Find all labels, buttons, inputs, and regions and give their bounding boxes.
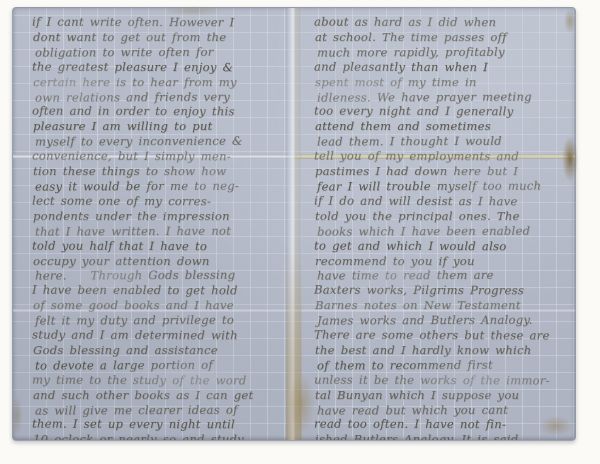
handwriting-line: that I have written. I have not — [35, 223, 287, 239]
handwriting-line: lead them. I thought I would — [317, 134, 571, 150]
handwriting-line: as will give me clearer ideas of — [35, 402, 287, 418]
handwriting-line: Barnes notes on New Testament — [315, 298, 569, 313]
letter-sheet: if I cant write often. However Idont wan… — [12, 7, 576, 441]
handwriting-line: recommend to you if you — [315, 254, 569, 269]
handwriting-line: certain here is to hear from my — [33, 75, 285, 90]
handwriting-line: and pleasantly than when I — [314, 59, 568, 75]
handwriting-line: if I do and will desist as I have — [314, 193, 568, 209]
handwriting-line: them. I set up every night until — [32, 417, 284, 433]
handwriting-line: told you the principal ones. The — [315, 209, 569, 224]
handwriting-line: lect some one of my corres- — [32, 193, 284, 209]
right-page-text: about as hard as I did whenat school. Th… — [315, 15, 569, 440]
handwriting-line: at school. The time passes off — [315, 30, 569, 45]
handwriting-line: of some good books and I have — [33, 298, 285, 313]
handwriting-line: tell you of my employments and — [314, 149, 568, 165]
handwriting-line: often and in order to enjoy this — [32, 104, 284, 120]
handwriting-line: felt it my duty and privilege to — [35, 313, 287, 329]
handwriting-line: own relations and friends very — [35, 89, 287, 105]
handwriting-line: much more rapidly, profitably — [317, 44, 571, 60]
left-page-text: if I cant write often. However Idont wan… — [33, 15, 285, 440]
handwriting-line: obligation to write often for — [35, 44, 287, 60]
handwriting-line: here. Through Gods blessing — [35, 268, 287, 284]
handwriting-line: study and I am determined with — [32, 328, 284, 344]
handwriting-line: tion these things to show how — [33, 164, 285, 179]
handwriting-line: pastimes I had down here but I — [315, 164, 569, 179]
handwriting-line: read too often. I have not fin- — [314, 417, 568, 433]
handwriting-line: Gods blessing and assistance — [33, 343, 285, 358]
handwriting-line: pondents under the impression — [33, 209, 285, 224]
handwriting-line: attend them and sometimes — [315, 119, 569, 134]
handwriting-line: if I cant write often. However I — [32, 15, 284, 31]
handwriting-line: idleness. We have prayer meeting — [317, 89, 571, 105]
handwriting-line: told you half that I have to — [32, 238, 284, 254]
handwriting-line: tal Bunyan which I suppose you — [315, 388, 569, 403]
handwriting-line: James works and Butlers Analogy. — [317, 313, 571, 329]
handwriting-line: books which I have been enabled — [317, 223, 571, 239]
handwriting-line: my time to the study of the word — [32, 372, 284, 388]
handwriting-line: I have been enabled to get hold — [32, 283, 284, 299]
handwriting-line: occupy your attention down — [33, 254, 285, 269]
handwriting-line: ished Butlers Analogy. It is said — [315, 432, 569, 440]
handwriting-line: easy it would be for me to neg- — [35, 178, 287, 194]
handwriting-line: to get and which I would also — [314, 238, 568, 254]
handwriting-line: the greatest pleasure I enjoy & — [32, 59, 284, 75]
handwriting-line: too every night and I generally — [314, 104, 568, 120]
handwriting-line: convenience, but I simply men- — [32, 149, 284, 165]
handwriting-line: have read but which you cant — [317, 402, 571, 418]
handwriting-line: unless it be the works of the immor- — [314, 372, 568, 388]
handwriting-line: pleasure I am willing to put — [33, 119, 285, 134]
handwriting-line: dont want to get out from the — [33, 30, 285, 45]
letter-page-left: if I cant write often. However Idont wan… — [17, 8, 289, 440]
handwriting-line: the best and I hardly know which — [315, 343, 569, 358]
handwriting-line: spent most of my time in — [315, 75, 569, 90]
handwriting-line: about as hard as I did when — [314, 15, 568, 31]
handwriting-line: There are some others but these are — [314, 328, 568, 344]
letter-page-right: about as hard as I did whenat school. Th… — [301, 8, 573, 440]
handwriting-line: myself to every inconvenience & — [35, 134, 287, 150]
handwriting-line: to devote a large portion of — [35, 357, 287, 373]
handwriting-line: have time to read them are — [317, 268, 571, 284]
handwriting-line: and such other books as I can get — [33, 388, 285, 403]
handwriting-line: Baxters works, Pilgrims Progress — [314, 283, 568, 299]
handwriting-line: of them to recommend first — [317, 357, 571, 373]
handwriting-line: fear I will trouble myself too much — [317, 178, 571, 194]
scanned-letter: if I cant write often. However Idont wan… — [0, 0, 600, 464]
handwriting-line: 10 oclock or nearly so and study — [33, 432, 285, 440]
